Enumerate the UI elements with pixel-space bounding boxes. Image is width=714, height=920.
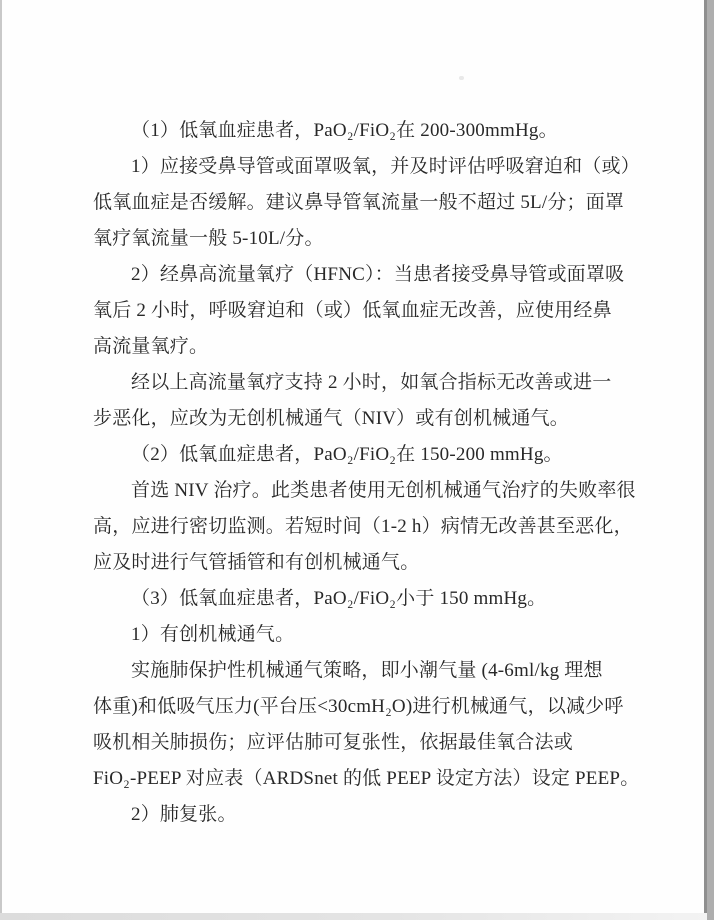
text-line: 吸机相关肺损伤；应评估肺可复张性，依据最佳氧合法或 xyxy=(93,725,653,761)
text-line: 2）经鼻高流量氧疗（HFNC）：当患者接受鼻导管或面罩吸 xyxy=(93,257,653,293)
page-left-edge-line xyxy=(0,0,2,920)
text-line: 经以上高流量氧疗支持 2 小时，如氧合指标无改善或进一 xyxy=(93,365,653,401)
scan-dust-speck xyxy=(459,76,464,80)
text-line: （2）低氧血症患者，PaO₂/FiO₂在 150-200 mmHg。 xyxy=(93,437,653,473)
text-line: 体重)和低吸气压力(平台压<30cmH₂O)进行机械通气，以减少呼 xyxy=(93,689,653,725)
text-line: 2）肺复张。 xyxy=(93,797,653,833)
text-line: 高，应进行密切监测。若短时间（1-2 h）病情无改善甚至恶化， xyxy=(93,509,653,545)
text-line: 首选 NIV 治疗。此类患者使用无创机械通气治疗的失败率很 xyxy=(93,473,653,509)
text-line: （3）低氧血症患者，PaO₂/FiO₂小于 150 mmHg。 xyxy=(93,581,653,617)
text-line: FiO₂-PEEP 对应表（ARDSnet 的低 PEEP 设定方法）设定 PE… xyxy=(93,761,653,797)
text-line: 氧后 2 小时，呼吸窘迫和（或）低氧血症无改善，应使用经鼻 xyxy=(93,293,653,329)
scanner-edge-shadow xyxy=(707,0,714,920)
text-line: 氧疗氧流量一般 5-10L/分。 xyxy=(93,221,653,257)
page-bottom-shadow xyxy=(0,913,707,920)
text-line: 1）应接受鼻导管或面罩吸氧，并及时评估呼吸窘迫和（或） xyxy=(93,149,653,185)
text-line: 实施肺保护性机械通气策略，即小潮气量 (4-6ml/kg 理想 xyxy=(93,653,653,689)
text-line: 应及时进行气管插管和有创机械通气。 xyxy=(93,545,653,581)
scanned-page: （1）低氧血症患者，PaO₂/FiO₂在 200-300mmHg。1）应接受鼻导… xyxy=(0,0,714,920)
text-line: 高流量氧疗。 xyxy=(93,329,653,365)
text-line: 1）有创机械通气。 xyxy=(93,617,653,653)
document-body: （1）低氧血症患者，PaO₂/FiO₂在 200-300mmHg。1）应接受鼻导… xyxy=(93,113,653,833)
text-line: 步恶化，应改为无创机械通气（NIV）或有创机械通气。 xyxy=(93,401,653,437)
text-line: （1）低氧血症患者，PaO₂/FiO₂在 200-300mmHg。 xyxy=(93,113,653,149)
text-line: 低氧血症是否缓解。建议鼻导管氧流量一般不超过 5L/分；面罩 xyxy=(93,185,653,221)
